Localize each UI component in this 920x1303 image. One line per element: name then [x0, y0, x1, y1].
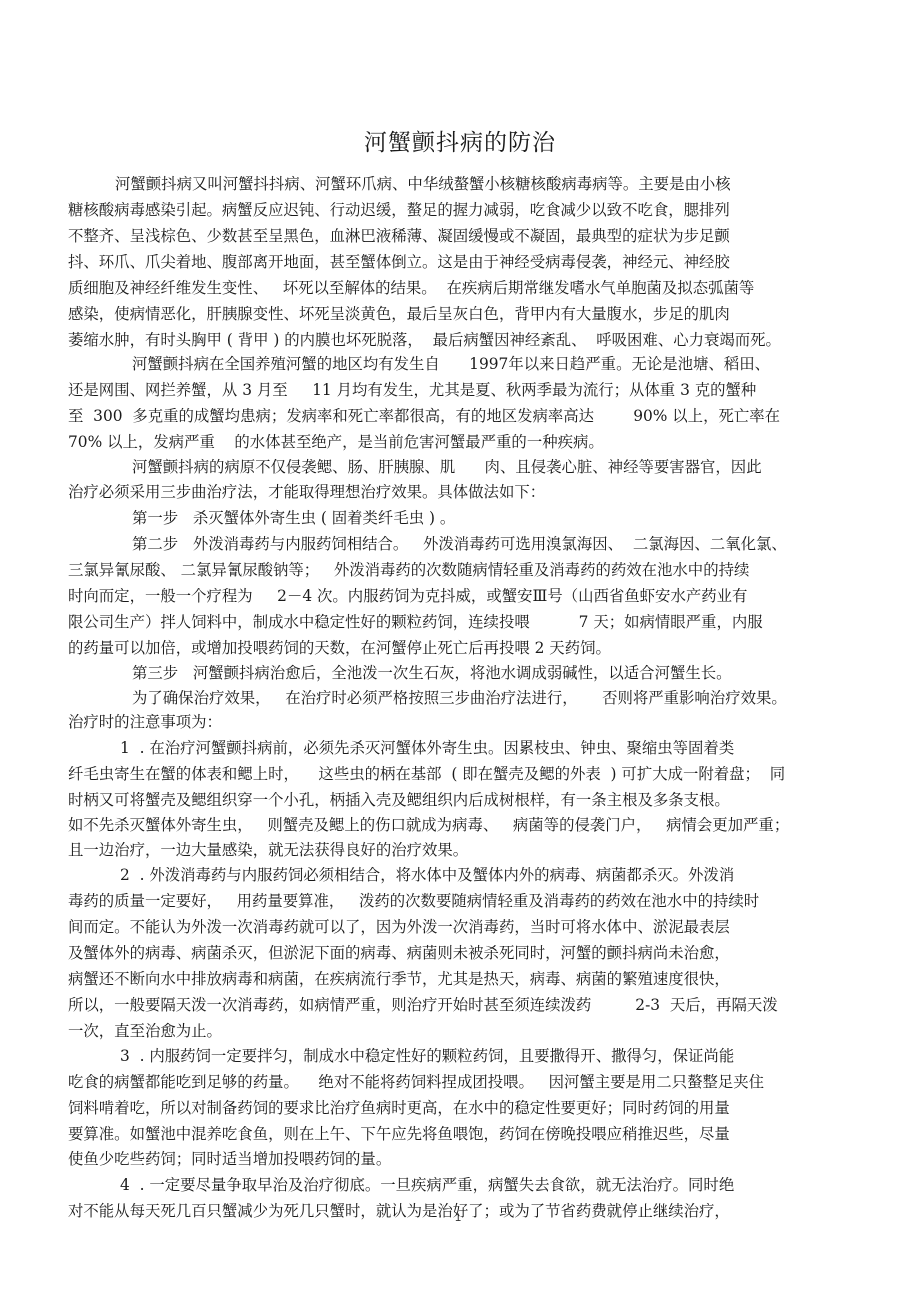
body-text-line: 至 300 多克重的成蟹均患病；发病率和死亡率都很高，有的地区发病率高达 90%…	[68, 406, 780, 426]
body-text-line: 病蟹还不断向水中排放病毒和病菌，在疾病流行季节，尤其是热天，病毒、病菌的繁殖速度…	[68, 969, 730, 989]
body-text-line: 质细胞及神经纤维发生变性、 坏死以至解体的结果。 在疾病后期常继发嗜水气单胞菌及…	[68, 278, 754, 298]
body-text-line: 治疗必须采用三步曲治疗法，才能取得理想治疗效果。具体做法如下：	[68, 482, 545, 502]
body-text-line: 吃食的病蟹都能吃到足够的药量。 绝对不能将药饲料捏成团投喂。 因河蟹主要是用二只…	[68, 1072, 764, 1092]
body-text-line: 三氯异氰尿酸、 二氯异氰尿酸钠等； 外泼消毒药的次数随病情轻重及消毒药的药效在池…	[68, 560, 749, 580]
body-text-line: 第二步 外泼消毒药与内服药饲相结合。 外泼消毒药可选用溴氯海因、 二氯海因、二氧…	[132, 534, 787, 554]
body-text-line: 间而定。不能认为外泼一次消毒药就可以了，因为外泼一次消毒药，当时可将水体中、淤泥…	[68, 917, 730, 937]
body-text-line: 的药量可以加倍，或增加投喂药饲的天数，在河蟹停止死亡后再投喂 2 天药饲。	[68, 638, 611, 658]
body-text-line: 毒药的质量一定要好， 用药量要算准， 泼药的次数要随病情轻重及消毒药的药效在池水…	[68, 891, 759, 911]
body-text-line: 1 . 在治疗河蟹颤抖病前，必须先杀灭河蟹体外寄生虫。因累枝虫、钟虫、聚缩虫等固…	[120, 738, 734, 758]
body-text-line: 不整齐、呈浅棕色、少数甚至呈黑色，血淋巴液稀薄、凝固缓慢或不凝固，最典型的症状为…	[68, 226, 730, 246]
body-text-line: 感染，使病情恶化，肝胰腺变性、坏死呈淡黄色，最后呈灰白色，背甲内有大量腹水，步足…	[68, 304, 730, 324]
body-text-line: 70% 以上，发病严重 的水体甚至绝产，是当前危害河蟹最严重的一种疾病。	[68, 432, 604, 452]
body-text-line: 所以，一般要隔天泼一次消毒药，如病情严重，则治疗开始时甚至须连续泼药 2-3 天…	[68, 995, 778, 1015]
body-text-line: 对不能从每天死几百只蟹减少为死几只蟹时，就认为是治好了；或为了节省药费就停止继续…	[68, 1201, 730, 1221]
body-text-line: 3 . 内服药饲一定要拌匀，制成水中稳定性好的颗粒药饲，且要撒得开、撒得匀，保证…	[120, 1046, 734, 1066]
document-title: 河蟹颤抖病的防治	[0, 124, 920, 157]
body-text-line: 如不先杀灭蟹体外寄生虫， 则蟹壳及鳃上的伤口就成为病毒、 病菌等的侵袭门户， 病…	[68, 815, 789, 835]
body-text-line: 河蟹颤抖病又叫河蟹抖抖病、河蟹环爪病、中华绒螯蟹小核糖核酸病毒病等。主要是由小核	[115, 174, 731, 194]
body-text-line: 河蟹颤抖病在全国养殖河蟹的地区均有发生自 1997年以来日趋严重。无论是池塘、稻…	[132, 354, 770, 374]
body-text-line: 一次，直至治愈为止。	[68, 1021, 222, 1041]
document-page: 河蟹颤抖病的防治 河蟹颤抖病又叫河蟹抖抖病、河蟹环爪病、中华绒螯蟹小核糖核酸病毒…	[0, 0, 920, 1303]
body-text-line: 要算准。如蟹池中混养吃食鱼，则在上午、下午应先将鱼喂饱，药饲在傍晚投喂应稍推迟些…	[68, 1124, 730, 1144]
body-text-line: 第一步 杀灭蟹体外寄生虫 ( 固着类纤毛虫 ) 。	[132, 508, 455, 528]
body-text-line: 且一边治疗，一边大量感染，就无法获得良好的治疗效果。	[68, 840, 468, 860]
body-text-line: 纤毛虫寄生在蟹的体表和鳃上时， 这些虫的柄在基部 ( 即在蟹壳及鳃的外表 ) 可…	[68, 764, 785, 784]
body-text-line: 4 . 一定要尽量争取早治及治疗彻底。一旦疾病严重，病蟹失去食欲，就无法治疗。同…	[120, 1175, 734, 1195]
body-text-line: 限公司生产）拌人饲料中，制成水中稳定性好的颗粒药饲，连续投喂 7 天；如病情眼严…	[68, 612, 763, 632]
body-text-line: 抖、环爪、爪尖着地、腹部离开地面，甚至蟹体倒立。这是由于神经受病毒侵袭，神经元、…	[68, 252, 730, 272]
body-text-line: 使鱼少吃些药饲；同时适当增加投喂药饲的量。	[68, 1149, 391, 1169]
body-text-line: 还是网围、网拦养蟹，从 3 月至 11 月均有发生，尤其是夏、秋两季最为流行；从…	[68, 380, 756, 400]
body-text-line: 时柄又可将蟹壳及鳃组织穿一个小孔，柄插入壳及鳃组织内后成树根样，有一条主根及多条…	[68, 790, 730, 810]
body-text-line: 时向而定，一般一个疗程为 2－4 次。内服药饲为克抖威，或蟹安Ⅲ号（山西省鱼虾安…	[68, 586, 747, 606]
body-text-line: 为了确保治疗效果， 在治疗时必须严格按照三步曲治疗法进行， 否则将严重影响治疗效…	[132, 688, 787, 708]
body-text-line: 及蟹体外的病毒、病菌杀灭，但淤泥下面的病毒、病菌则未被杀死同时，河蟹的颤抖病尚未…	[68, 943, 730, 963]
page-number: 1	[455, 1212, 461, 1224]
body-text-line: 河蟹颤抖病的病原不仅侵袭鳃、肠、肝胰腺、肌 肉、且侵袭心脏、神经等要害器官，因此	[132, 457, 762, 477]
body-text-line: 第三步 河蟹颤抖病治愈后，全池泼一次生石灰，将池水调成弱碱性，以适合河蟹生长。	[132, 663, 732, 683]
body-text-line: 饲料啃着吃，所以对制备药饲的要求比治疗鱼病时更高，在水中的稳定性要更好；同时药饲…	[68, 1098, 730, 1118]
body-text-line: 糖核酸病毒感染引起。病蟹反应迟钝、行动迟缓，螯足的握力减弱，吃食减少以致不吃食，…	[68, 200, 730, 220]
body-text-line: 萎缩水肿，有时头胸甲 ( 背甲 ) 的内膜也坏死脱落， 最后病蟹因神经紊乱、 呼…	[68, 330, 781, 350]
body-text-line: 治疗时的注意事项为：	[68, 712, 222, 732]
body-text-line: 2 . 外泼消毒药与内服药饲必须相结合，将水体中及蟹体内外的病毒、病菌都杀灭。外…	[120, 865, 734, 885]
